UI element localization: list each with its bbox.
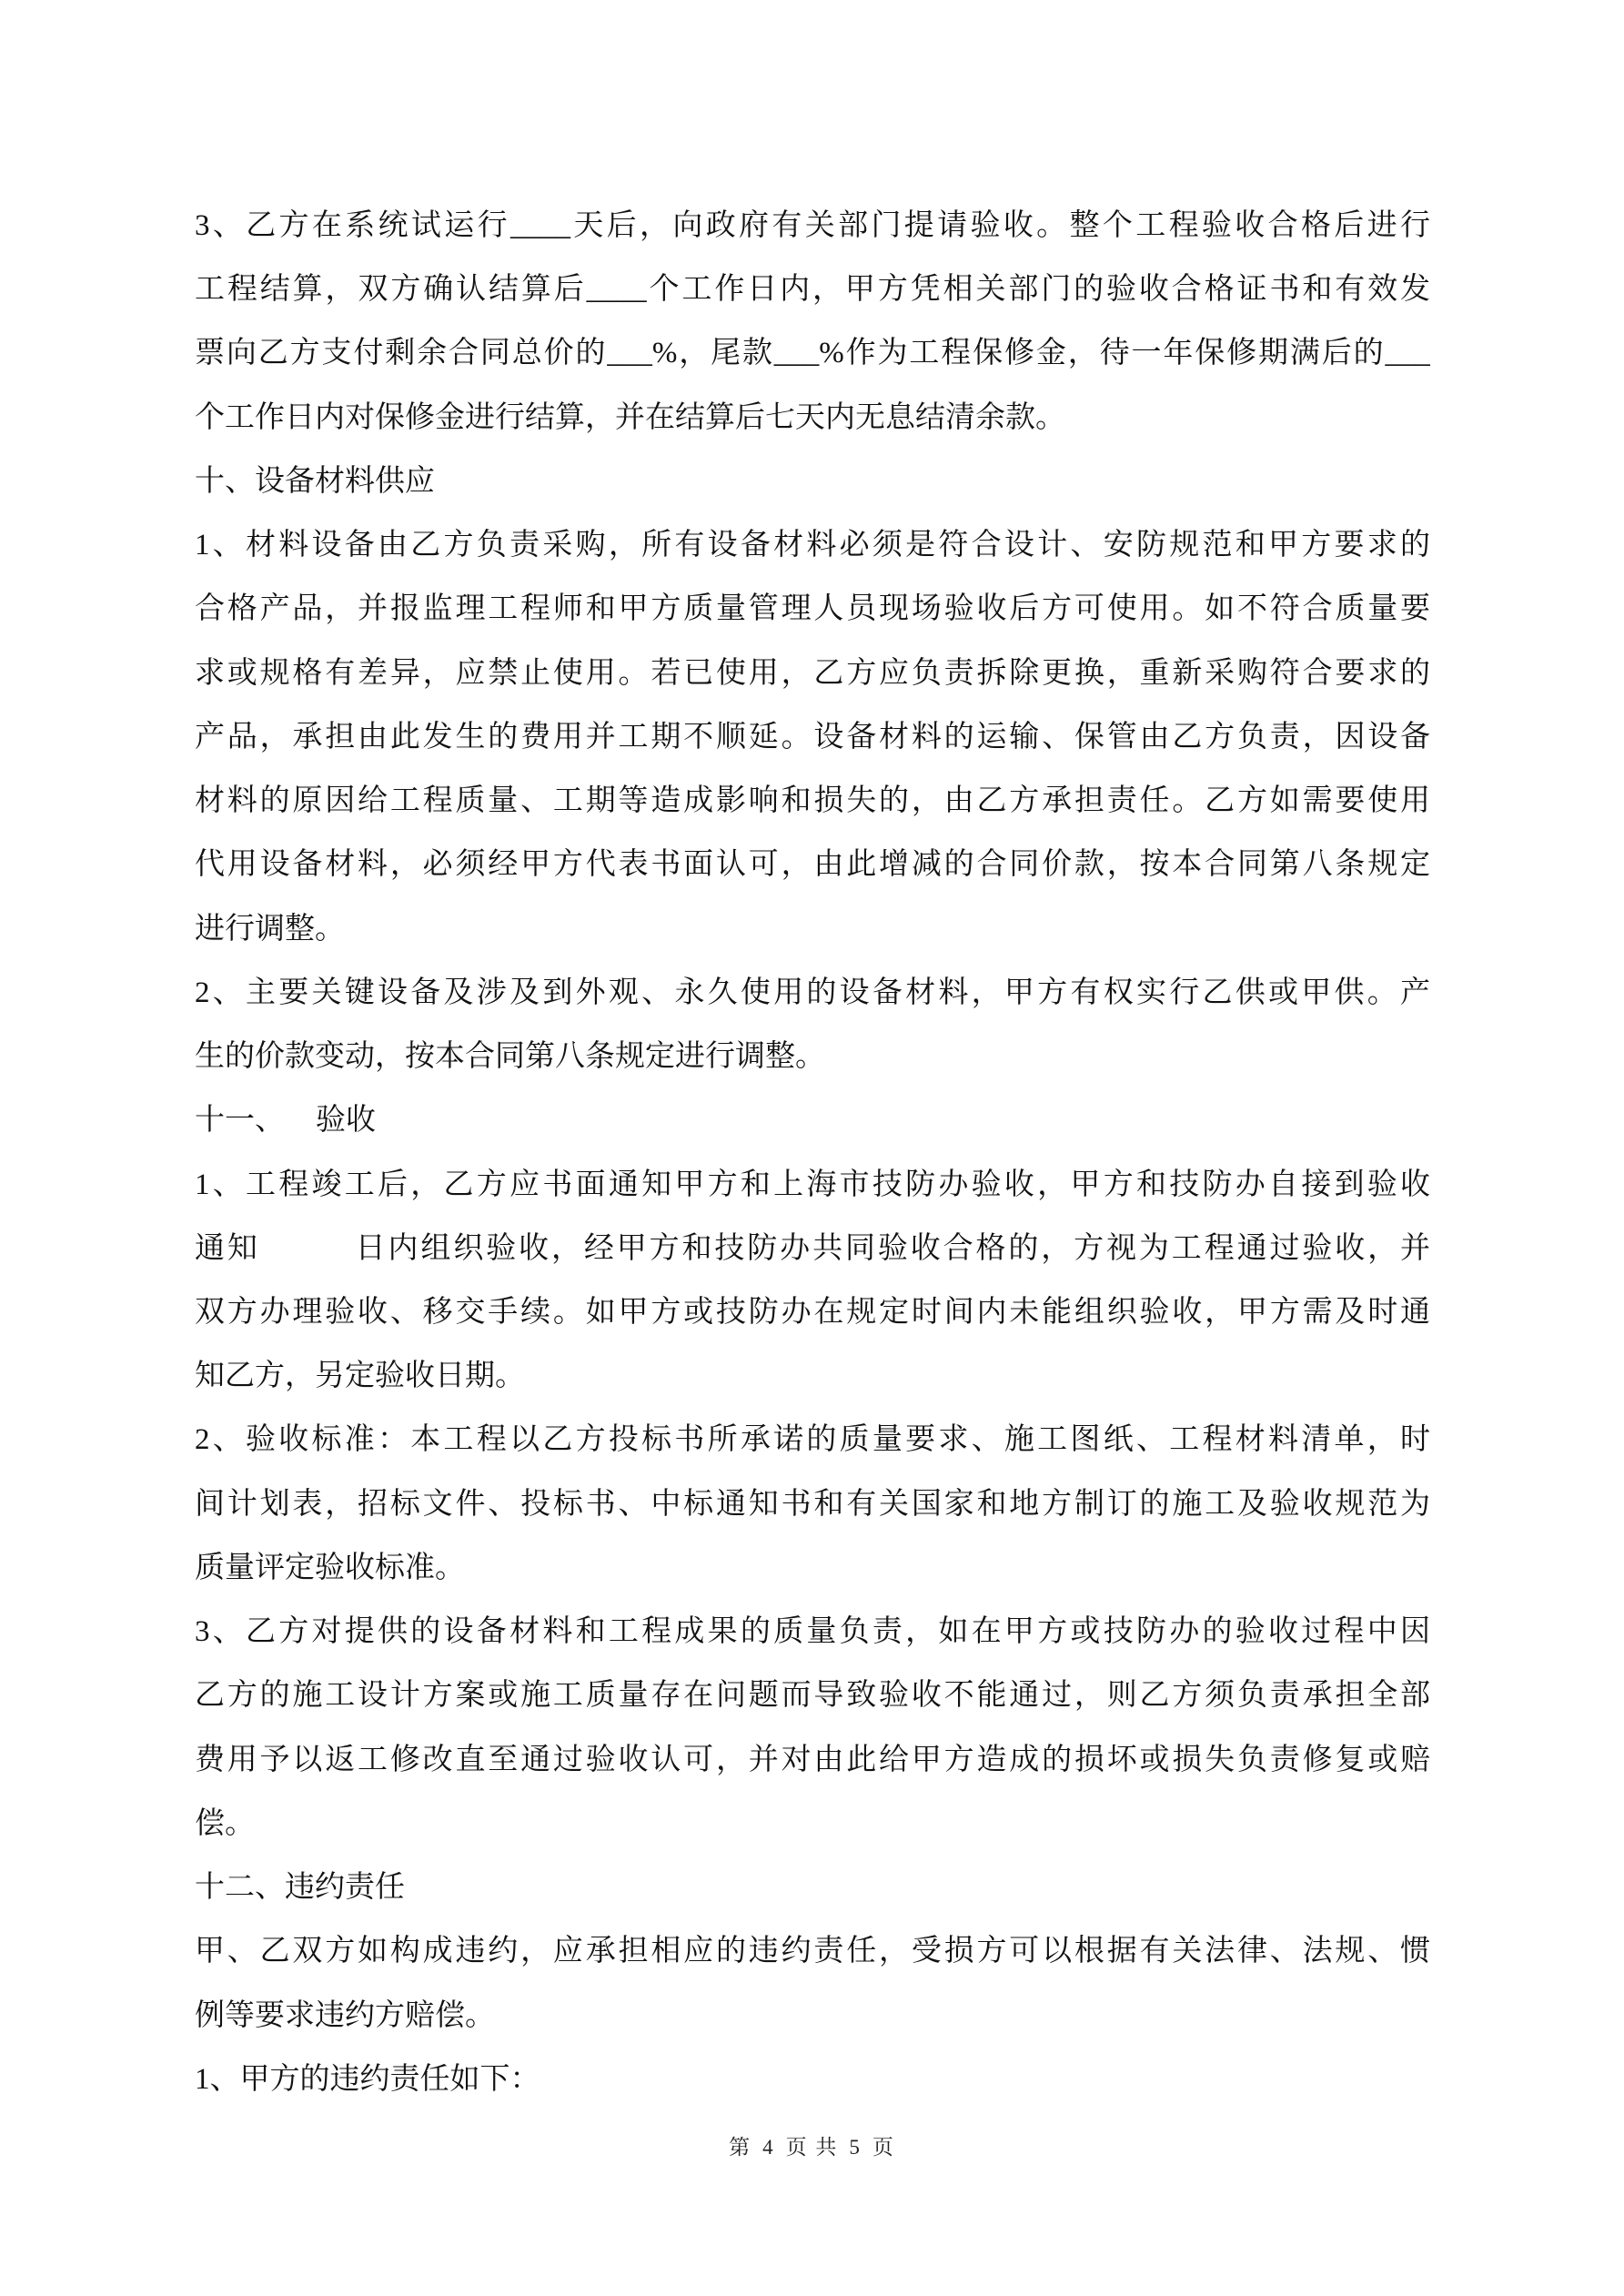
text-line: 求或规格有差异，应禁止使用。若已使用，乙方应负责拆除更换，重新采购符合要求的 bbox=[195, 642, 1430, 705]
text-line: 例等要求违约方赔偿。 bbox=[195, 1984, 1430, 2048]
text-line: 代用设备材料，必须经甲方代表书面认可，由此增减的合同价款，按本合同第八条规定 bbox=[195, 833, 1430, 896]
total-pages-number: 5 bbox=[849, 2136, 862, 2159]
text-line: 2、验收标准：本工程以乙方投标书所承诺的质量要求、施工图纸、工程材料清单，时 bbox=[195, 1408, 1430, 1472]
page-footer: 第4页 共5页 bbox=[0, 2129, 1624, 2166]
text-line: 间计划表，招标文件、投标书、中标通知书和有关国家和地方制订的施工及验收规范为 bbox=[195, 1472, 1430, 1536]
text-line: 个工作日内对保修金进行结算，并在结算后七天内无息结清余款。 bbox=[195, 386, 1430, 450]
text-line: 3、乙方在系统试运行____天后，向政府有关部门提请验收。整个工程验收合格后进行 bbox=[195, 194, 1430, 258]
text-segment: 通知 bbox=[195, 1232, 260, 1265]
text-line: 合格产品，并报监理工程师和甲方质量管理人员现场验收后方可使用。如不符合质量要 bbox=[195, 577, 1430, 641]
text-line: 乙方的施工设计方案或施工质量存在问题而导致验收不能通过，则乙方须负责承担全部 bbox=[195, 1664, 1430, 1727]
text-line: 生的价款变动，按本合同第八条规定进行调整。 bbox=[195, 1025, 1430, 1088]
text-line: 甲、乙双方如构成违约，应承担相应的违约责任，受损方可以根据有关法律、法规、惯 bbox=[195, 1919, 1430, 1983]
text-line: 通知日内组织验收，经甲方和技防办共同验收合格的，方视为工程通过验收，并 bbox=[195, 1217, 1430, 1280]
section-number: 十一、 bbox=[195, 1104, 285, 1137]
text-line: 偿。 bbox=[195, 1792, 1430, 1856]
section-title: 验收 bbox=[316, 1104, 376, 1137]
text-line: 产品，承担由此发生的费用并工期不顺延。设备材料的运输、保管由乙方负责，因设备 bbox=[195, 705, 1430, 769]
text-line: 双方办理验收、移交手续。如甲方或技防办在规定时间内未能组织验收，甲方需及时通 bbox=[195, 1280, 1430, 1344]
text-line: 3、乙方对提供的设备材料和工程成果的质量负责，如在甲方或技防办的验收过程中因 bbox=[195, 1600, 1430, 1664]
text-line: 票向乙方支付剩余合同总价的___%，尾款___%作为工程保修金，待一年保修期满后… bbox=[195, 321, 1430, 385]
text-line: 质量评定验收标准。 bbox=[195, 1536, 1430, 1600]
text-segment: 日内组织验收，经甲方和技防办共同验收合格的，方视为工程通过验收，并 bbox=[353, 1232, 1430, 1265]
document-body: 3、乙方在系统试运行____天后，向政府有关部门提请验收。整个工程验收合格后进行… bbox=[195, 194, 1430, 2111]
section-heading: 十、设备材料供应 bbox=[195, 450, 1430, 513]
text-line: 1、甲方的违约责任如下： bbox=[195, 2048, 1430, 2111]
page-label-suffix: 页 bbox=[873, 2136, 895, 2159]
text-line: 材料的原因给工程质量、工期等造成影响和损失的，由乙方承担责任。乙方如需要使用 bbox=[195, 769, 1430, 833]
text-line: 1、材料设备由乙方负责采购，所有设备材料必须是符合设计、安防规范和甲方要求的 bbox=[195, 513, 1430, 577]
section-heading: 十二、违约责任 bbox=[195, 1856, 1430, 1919]
text-line: 知乙方，另定验收日期。 bbox=[195, 1344, 1430, 1408]
text-line: 2、主要关键设备及涉及到外观、永久使用的设备材料，甲方有权实行乙供或甲供。产 bbox=[195, 961, 1430, 1025]
text-line: 费用予以返工修改直至通过验收认可，并对由此给甲方造成的损坏或损失负责修复或赔 bbox=[195, 1728, 1430, 1792]
current-page-number: 4 bbox=[762, 2136, 775, 2159]
text-line: 工程结算，双方确认结算后____个工作日内，甲方凭相关部门的验收合格证书和有效发 bbox=[195, 258, 1430, 321]
text-line: 1、工程竣工后，乙方应书面通知甲方和上海市技防办验收，甲方和技防办自接到验收 bbox=[195, 1153, 1430, 1217]
text-line: 进行调整。 bbox=[195, 897, 1430, 961]
page-label-mid: 页 共 bbox=[786, 2136, 839, 2159]
document-page: 3、乙方在系统试运行____天后，向政府有关部门提请验收。整个工程验收合格后进行… bbox=[0, 0, 1624, 2296]
page-label-prefix: 第 bbox=[729, 2136, 751, 2159]
section-heading: 十一、验收 bbox=[195, 1088, 1430, 1152]
